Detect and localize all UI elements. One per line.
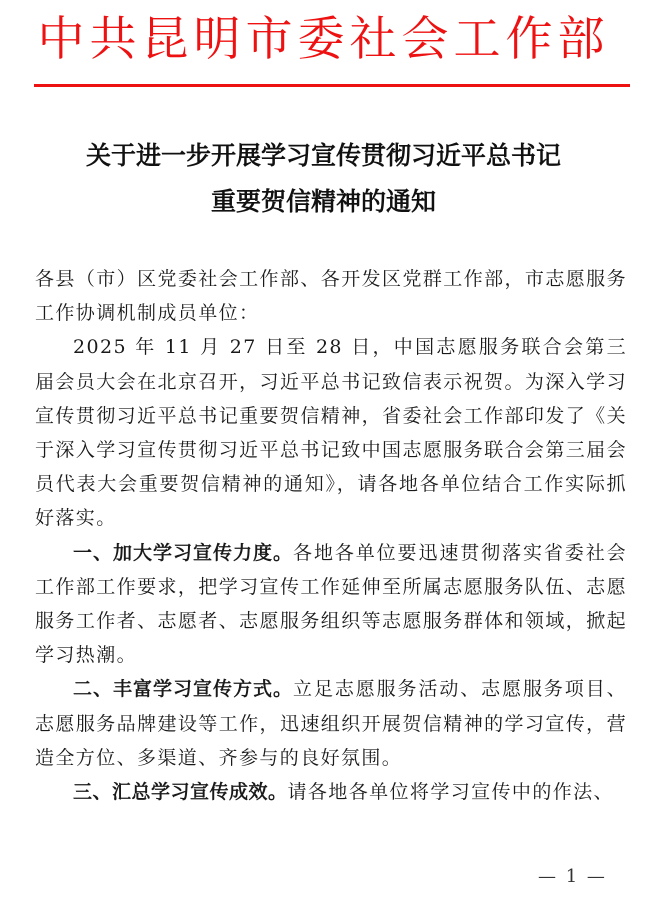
red-divider-rule: [34, 84, 630, 87]
document-title: 关于进一步开展学习宣传贯彻习近平总书记 重要贺信精神的通知: [0, 133, 647, 225]
intro-paragraph: 2025 年 11 月 27 日至 28 日，中国志愿服务联合会第三届会员大会在…: [35, 330, 627, 535]
document-title-line-1: 关于进一步开展学习宣传贯彻习近平总书记: [0, 133, 647, 179]
section-text-3: 请各地各单位将学习宣传中的作法、: [288, 781, 614, 803]
page-number: — 1 —: [538, 866, 607, 887]
document-body: 各县（市）区党委社会工作部、各开发区党群工作部，市志愿服务工作协调机制成员单位：…: [35, 262, 627, 809]
section-paragraph-3: 三、汇总学习宣传成效。请各地各单位将学习宣传中的作法、: [35, 775, 627, 809]
section-heading-1: 一、加大学习宣传力度。: [73, 542, 293, 564]
section-paragraph-2: 二、丰富学习宣传方式。立足志愿服务活动、志愿服务项目、志愿服务品牌建设等工作，迅…: [35, 672, 627, 775]
issuer-masthead: 中共昆明市委社会工作部: [0, 10, 647, 70]
salutation: 各县（市）区党委社会工作部、各开发区党群工作部，市志愿服务工作协调机制成员单位：: [35, 262, 627, 330]
section-paragraph-1: 一、加大学习宣传力度。各地各单位要迅速贯彻落实省委社会工作部工作要求，把学习宣传…: [35, 536, 627, 673]
section-heading-3: 三、汇总学习宣传成效。: [73, 781, 288, 803]
section-heading-2: 二、丰富学习宣传方式。: [73, 678, 293, 700]
document-title-line-2: 重要贺信精神的通知: [0, 179, 647, 225]
